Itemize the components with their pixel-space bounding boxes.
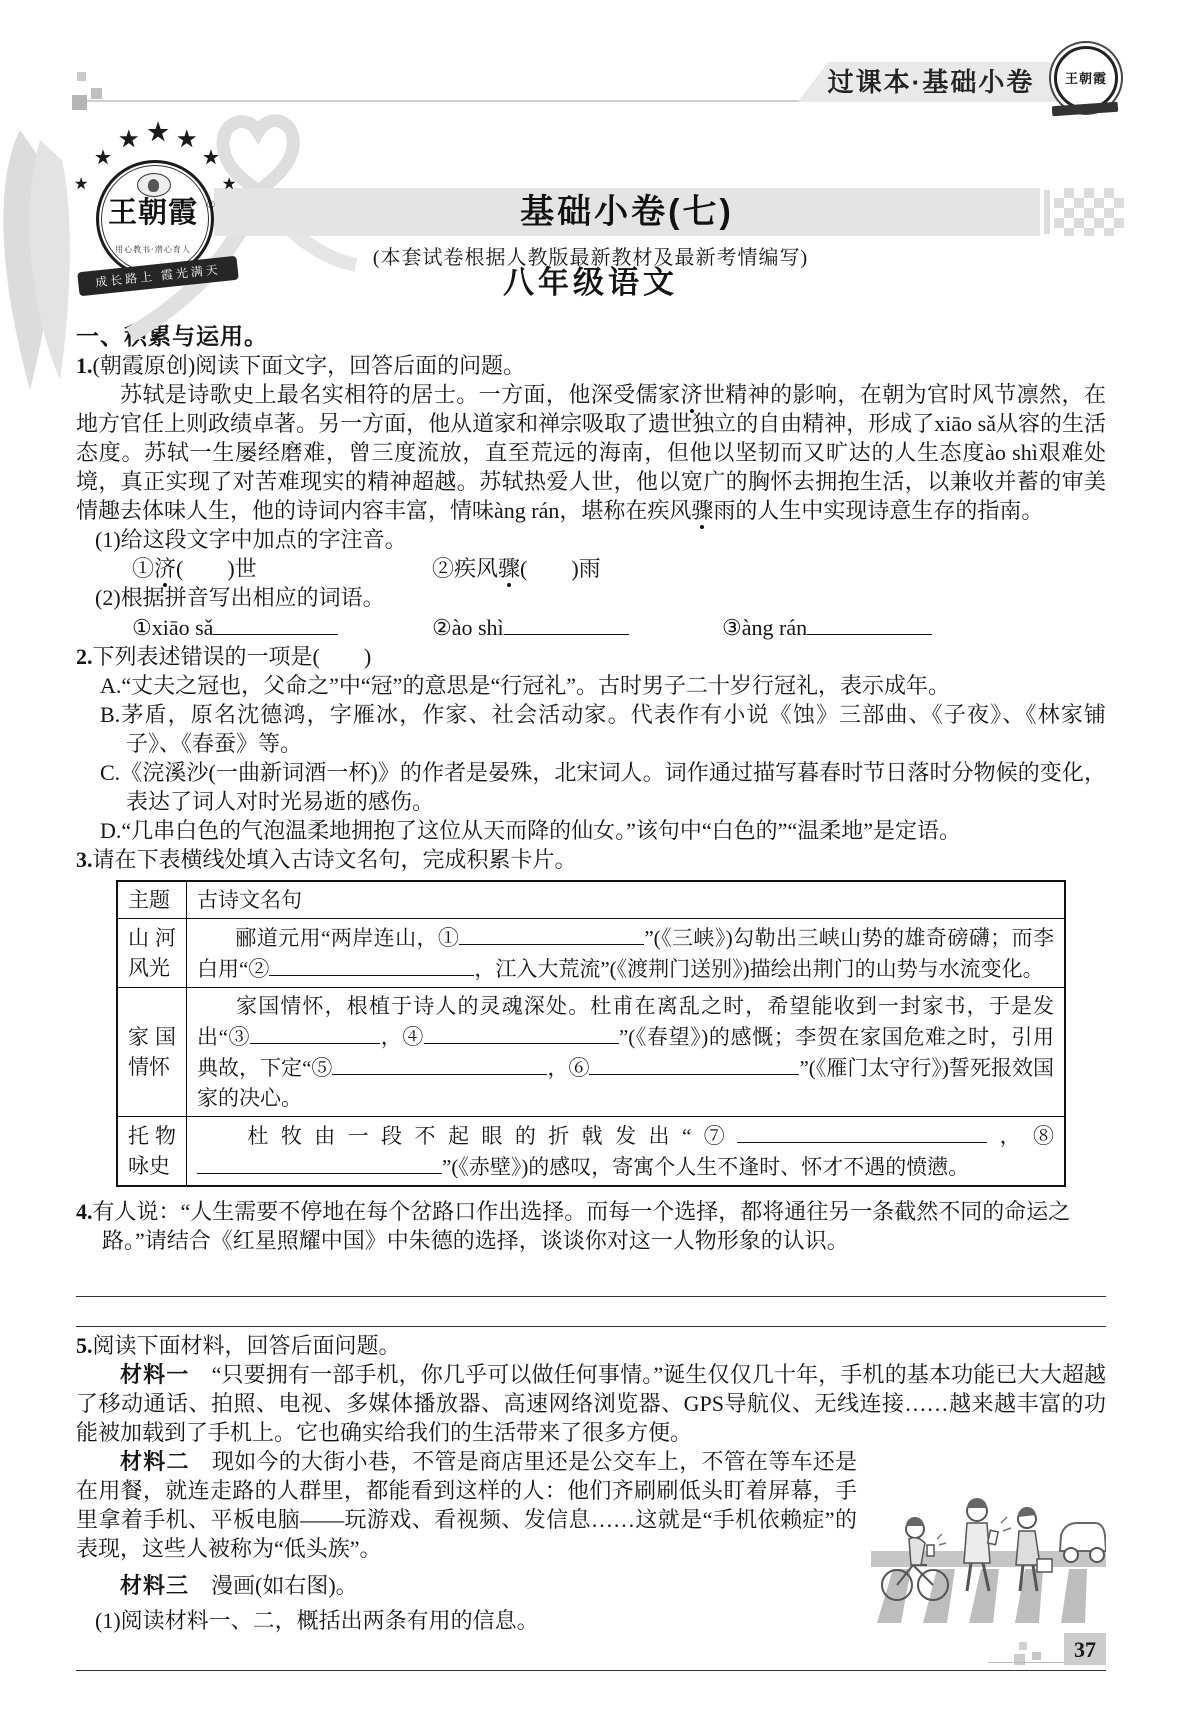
page-number: 37	[1064, 1633, 1106, 1665]
pinyin-item: ①济( )世	[132, 554, 432, 583]
pixel-deco	[1014, 1654, 1025, 1665]
cell-text: ，④	[380, 1025, 424, 1049]
header-tab-label: 过课本·基础小卷	[828, 68, 1035, 97]
registered-mark: ®	[207, 191, 215, 220]
table-header-theme: 主题	[117, 881, 187, 919]
item-text: ①	[132, 556, 154, 581]
fill-blank	[737, 1120, 987, 1143]
item-text: ( )雨	[520, 556, 601, 581]
question-4: 4.有人说：“人生需要不停地在每个岔路口作出选择。而每一个选择，都将通往另一条截…	[76, 1197, 1106, 1255]
brand-mini-logo-circle: 王朝霞	[1054, 46, 1118, 110]
item-text: ( )世	[176, 556, 257, 581]
cell-text: ，⑥	[547, 1056, 589, 1080]
material-1: 材料一 “只要拥有一部手机，你几乎可以做任何事情。”诞生仅仅几十年，手机的基本功…	[76, 1360, 1106, 1447]
item-text: ②ào shì	[432, 615, 504, 640]
quotes-cell: 杜牧由一段不起眼的折戟发出“⑦，⑧”(《赤壁》)的感叹，寄寓个人生不逢时、怀才不…	[187, 1117, 1066, 1187]
paper-body: 一、积累与运用。 1.(朝霞原创)阅读下面文字，回答后面的问题。 苏轼是诗歌史上…	[76, 322, 1106, 1671]
option-label: C.	[100, 760, 120, 785]
brand-logo: ★ ★ ★ ★ ★ ★ ★ 王朝霞 ® 用心教书·潜心育人 成长路上 霞光满天	[70, 118, 250, 303]
star-icon: ★	[118, 126, 140, 155]
fill-blank	[213, 612, 338, 635]
star-icon: ★	[222, 170, 236, 199]
fill-blank	[269, 953, 474, 976]
question-4-text: 有人说：“人生需要不停地在每个岔路口作出选择。而每一个选择，都将通往另一条截然不…	[93, 1199, 1071, 1253]
item-text: ③àng rán	[722, 615, 807, 640]
theme-cell: 山河风光	[117, 919, 187, 988]
question-1-sub1-items: ①济( )世 ②疾风骤( )雨	[132, 554, 1106, 583]
quotes-cell: 郦道元用“两岸连山，①”(《三峡》)勾勒出三峡山势的雄奇磅礴；而李白用“②，江入…	[187, 919, 1066, 988]
fill-blank	[807, 612, 932, 635]
passage-text: 雨的人生中实现诗意生存的指南。	[713, 498, 1043, 523]
question-1-sub2-label: (2)根据拼音写出相应的词语。	[95, 583, 1106, 612]
question-3: 3.请在下表横线处填入古诗文名句，完成积累卡片。	[76, 845, 1106, 874]
option-label: B.	[100, 702, 120, 727]
star-icon: ★	[94, 144, 112, 173]
fill-blank	[250, 1021, 380, 1044]
poem-card-table: 主题 古诗文名句 山河风光 郦道元用“两岸连山，①”(《三峡》)勾勒出三峡山势的…	[116, 880, 1066, 1187]
phubbing-cartoon-illustration	[871, 1473, 1106, 1623]
brand-mini-logo-text: 王朝霞	[1065, 64, 1107, 93]
option-d: D.“几串白色的气泡温柔地拥抱了这位从天而降的仙女。”该句中“白色的”“温柔地”…	[76, 816, 1106, 845]
answer-line	[76, 1297, 1106, 1327]
star-icon: ★	[74, 170, 88, 199]
star-icon: ★	[146, 118, 170, 147]
material-2-block: 材料二 现如今的大街小巷，不管是商店里还是公交车上，不管在等车还是在用餐，就连走…	[76, 1447, 1106, 1635]
table-row: 托物咏史 杜牧由一段不起眼的折戟发出“⑦，⑧”(《赤壁》)的感叹，寄寓个人生不逢…	[117, 1117, 1065, 1187]
cell-text: 杜牧由一段不起眼的折戟发出“⑦	[235, 1124, 737, 1148]
item-text: ①xiāo sǎ	[132, 615, 213, 640]
material-2-label: 材料二	[120, 1449, 190, 1474]
question-3-number: 3.	[76, 847, 93, 872]
table-header-quotes: 古诗文名句	[187, 881, 1066, 919]
pixel-deco	[91, 88, 102, 99]
fill-blank	[332, 1052, 547, 1075]
question-2-number: 2.	[76, 644, 93, 669]
answer-line	[76, 1267, 1106, 1297]
brand-mini-logo-banner	[1052, 102, 1119, 117]
fill-blank	[459, 922, 644, 945]
option-label: D.	[100, 818, 121, 843]
word-item: ①xiāo sǎ	[132, 612, 432, 642]
paper-title-bar: 基础小卷(七)	[214, 188, 1040, 236]
paper-title: 基础小卷(七)	[520, 198, 734, 227]
word-item: ③àng rán	[722, 612, 932, 642]
table-header-row: 主题 古诗文名句	[117, 881, 1065, 919]
cell-text: 郦道元用“两岸连山，①	[235, 926, 459, 950]
option-text: “丈夫之冠也，父命之”中“冠”的意思是“行冠礼”。古时男子二十岁行冠礼，表示成年…	[121, 673, 950, 698]
page-number-text: 37	[1074, 1635, 1096, 1664]
theme-cell: 托物咏史	[117, 1117, 187, 1187]
dotted-char: 骤	[498, 556, 520, 581]
option-text: 茅盾，原名沈德鸿，字雁冰，作家、社会活动家。代表作有小说《蚀》三部曲、《子夜》、…	[120, 702, 1106, 756]
title-bar-stripe	[1044, 190, 1050, 234]
cell-text: ，⑧	[987, 1124, 1054, 1148]
question-3-stem: 请在下表横线处填入古诗文名句，完成积累卡片。	[93, 847, 577, 872]
fill-blank	[504, 612, 629, 635]
question-2-stem: 下列表述错误的一项是( )	[93, 644, 372, 669]
table-row: 家国情怀 家国情怀，根植于诗人的灵魂深处。杜甫在离乱之时，希望能收到一封家书，于…	[117, 988, 1065, 1117]
item-text: ②疾风	[432, 556, 498, 581]
option-text: “几串白色的气泡温柔地拥抱了这位从天而降的仙女。”该句中“白色的”“温柔地”是定…	[121, 818, 961, 843]
pixel-deco	[1032, 1652, 1041, 1660]
material-1-label: 材料一	[120, 1362, 189, 1387]
material-3-label: 材料三	[120, 1573, 189, 1598]
star-icon: ★	[176, 126, 198, 155]
table-row: 山河风光 郦道元用“两岸连山，①”(《三峡》)勾勒出三峡山势的雄奇磅礴；而李白用…	[117, 919, 1065, 988]
theme-cell: 家国情怀	[117, 988, 187, 1117]
brand-logo-text: 王朝霞	[99, 199, 207, 228]
star-icon: ★	[202, 144, 220, 173]
dotted-char: 骤	[691, 498, 713, 523]
fill-blank	[589, 1052, 799, 1075]
question-1-sub2-items: ①xiāo sǎ ②ào shì ③àng rán	[132, 612, 1106, 642]
fill-blank	[424, 1021, 619, 1044]
material-3-text: 漫画(如右图)。	[211, 1573, 358, 1598]
header-tab: 过课本·基础小卷	[798, 62, 1064, 102]
question-4-number: 4.	[76, 1199, 93, 1224]
fill-blank	[197, 1151, 442, 1174]
question-5-stem: 阅读下面材料，回答后面问题。	[93, 1333, 401, 1358]
exam-paper-page: 过课本·基础小卷 王朝霞 ★ ★ ★ ★ ★ ★ ★ 王朝霞 ® 用心教书·潜心…	[0, 0, 1181, 1730]
question-1-sub1-label: (1)给这段文字中加点的字注音。	[95, 525, 1106, 554]
footer-rule	[988, 1662, 1064, 1663]
brand-mini-logo: 王朝霞	[1052, 46, 1120, 118]
question-5-number: 5.	[76, 1333, 93, 1358]
question-5: 5.阅读下面材料，回答后面问题。	[76, 1331, 1106, 1360]
dotted-char: 济	[154, 556, 176, 581]
pinyin-item: ②疾风骤( )雨	[432, 554, 722, 583]
dotted-char: 济	[680, 382, 702, 407]
pixel-deco	[77, 72, 86, 81]
quotes-cell: 家国情怀，根植于诗人的灵魂深处。杜甫在离乱之时，希望能收到一封家书，于是发出“③…	[187, 988, 1066, 1117]
option-b: B.茅盾，原名沈德鸿，字雁冰，作家、社会活动家。代表作有小说《蚀》三部曲、《子夜…	[76, 700, 1106, 758]
option-text: 《浣溪沙(一曲新词酒一杯)》的作者是晏殊，北宋词人。词作通过描写暮春时节日落时分…	[120, 760, 1106, 814]
option-c: C.《浣溪沙(一曲新词酒一杯)》的作者是晏殊，北宋词人。词作通过描写暮春时节日落…	[76, 758, 1106, 816]
option-label: A.	[100, 673, 121, 698]
option-a: A.“丈夫之冠也，父命之”中“冠”的意思是“行冠礼”。古时男子二十岁行冠礼，表示…	[76, 671, 1106, 700]
word-item: ②ào shì	[432, 612, 722, 642]
cell-text: ，江入大荒流”(《渡荆门送别》)描绘出荆门的山势与水流变化。	[474, 957, 1043, 981]
portrait-icon	[137, 173, 171, 197]
material-1-text: “只要拥有一部手机，你几乎可以做任何事情。”诞生仅仅几十年，手机的基本功能已大大…	[76, 1362, 1106, 1445]
cell-text: ”(《赤壁》)的感叹，寄寓个人生不逢时、怀才不遇的愤懑。	[442, 1155, 969, 1179]
checker-deco	[1054, 188, 1124, 236]
question-2: 2.下列表述错误的一项是( )	[76, 642, 1106, 671]
material-2-text: 现如今的大街小巷，不管是商店里还是公交车上，不管在等车还是在用餐，就连走路的人群…	[76, 1449, 857, 1561]
answer-line	[76, 1641, 1106, 1671]
pixel-deco	[1019, 1642, 1027, 1650]
